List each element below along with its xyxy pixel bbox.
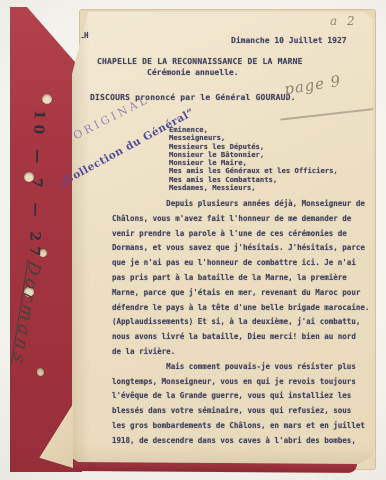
body-line: que je n'ai pas eu l'honneur de combattr… (112, 256, 374, 271)
body-line: nous avons livré la bataille, Dieu merci… (112, 330, 374, 345)
body-line: venir prendre la parole à l'une de ces c… (112, 227, 374, 242)
body-line: de la rivière. (112, 345, 374, 360)
body-line: pas pris part à la bataille de la Marne,… (112, 271, 374, 286)
folder-bottom-edge (74, 462, 357, 473)
body-line: Depuis plusieurs années déjà, Monseigneu… (112, 197, 374, 212)
body-line: blessés dans votre séminaire, vous qui r… (112, 404, 374, 419)
body-text: Depuis plusieurs années déjà, Monseigneu… (112, 197, 374, 449)
punch-hole-torn (37, 368, 44, 376)
body-line: Dormans, et vous savez que j'hésitais. J… (112, 241, 374, 256)
scanned-document: 10 — 7 — 27 Dormans ALH Dimanche 10 Juil… (0, 0, 386, 480)
salutation-list: Eminence,Messeigneurs,Messieurs les Dépu… (169, 126, 338, 192)
document-subtitle: Cérémonie annuelle. (147, 68, 239, 77)
body-line: l'évêque de la Grande guerre, vous qui i… (112, 389, 374, 404)
body-line: (Applaudissements) Et si, à la deuxième,… (112, 315, 374, 330)
salutation-line: Mesdames, Messieurs, (169, 184, 338, 192)
body-line: défendre le pays à la tête d'une belle b… (112, 301, 374, 316)
punch-hole (42, 94, 52, 104)
body-line: Marne, parce que j'étais en mer, revenan… (112, 286, 374, 301)
body-line: Châlons, vous m'avez fait l'honneur de m… (112, 212, 374, 227)
date-line: Dimanche 10 Juillet 1927 (231, 36, 347, 45)
folder-cover (10, 7, 82, 472)
document-title: CHAPELLE DE LA RECONNAISSANCE DE LA MARN… (97, 57, 303, 66)
body-line: longtemps, Monseigneur, vous en qui je r… (112, 375, 374, 390)
discourse-heading: DISCOURS prononcé par le Général GOURAUD… (90, 93, 296, 102)
body-line: Mais comment pouvais-je vous résister pl… (112, 360, 374, 375)
body-line: les gros bombardements de Châlons, en ma… (112, 419, 374, 434)
document-page: ALH Dimanche 10 Juillet 1927 CHAPELLE DE… (72, 12, 373, 464)
body-line: 1918, de descendre dans vos caves à l'ab… (112, 434, 374, 449)
corner-annotation: a 2 (330, 14, 358, 28)
